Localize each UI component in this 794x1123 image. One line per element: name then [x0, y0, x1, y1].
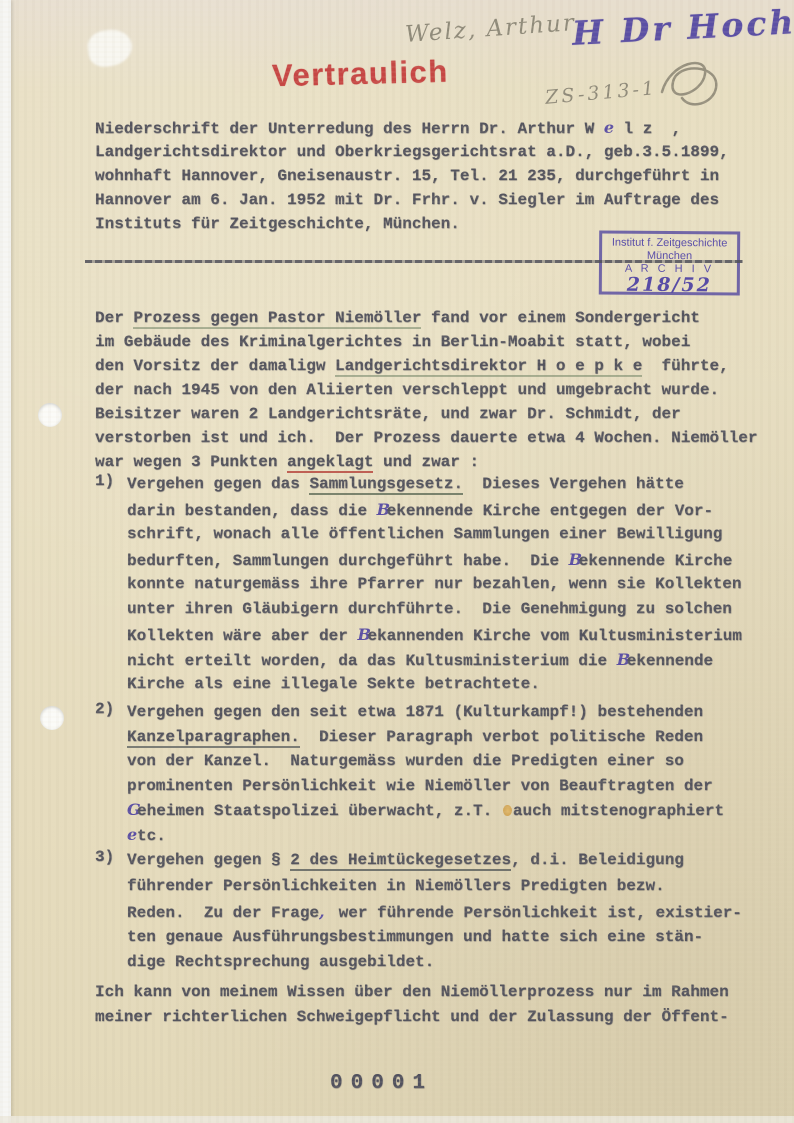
purple-correction-letter: B [569, 547, 579, 572]
typed-line: von der Kanzel. Naturgemäss wurden die P… [127, 749, 724, 774]
typed-line: Ich kann von meinem Wissen über den Niem… [95, 980, 729, 1005]
typed-line: der nach 1945 von den Aliierten verschle… [95, 378, 758, 402]
typed-line: Vergehen gegen § 2 des Heimtückegesetzes… [127, 848, 742, 874]
scan-edge-bottom [0, 1116, 794, 1123]
typed-line: prominenten Persönlichkeit wie Niemöller… [127, 774, 724, 799]
typed-line: Vergehen gegen das Sammlungsgesetz. Dies… [127, 472, 742, 497]
list-item-1: 1) Vergehen gegen das Sammlungsgesetz. D… [95, 472, 742, 697]
typed-line: Kirche als eine illegale Sekte betrachte… [127, 672, 742, 697]
typed-line: ten genaue Ausführungsbestimmungen und h… [127, 925, 742, 951]
paper-damage-spot [86, 27, 135, 69]
intro-paragraph: Niederschrift der Unterredung des Herrn … [95, 116, 729, 236]
underlined-phrase: Landgerichtsdirektor H o e p k e [335, 357, 642, 377]
purple-correction-letter: e [604, 116, 614, 140]
typed-line: Hannover am 6. Jan. 1952 mit Dr. Frhr. v… [95, 188, 729, 212]
handwritten-owner-name: Welz, Arthur [404, 10, 576, 48]
typed-line: nicht erteilt worden, da das Kultusminis… [127, 647, 742, 672]
typed-divider-line [85, 260, 743, 263]
punch-hole-bottom [40, 706, 64, 730]
underlined-phrase: Kanzelparagraphen. [127, 728, 300, 748]
typed-line: bedurften, Sammlungen durchgeführt habe.… [127, 547, 742, 572]
archive-stamp: Institut f. Zeitgeschichte München A R C… [599, 231, 740, 296]
orange-ink-blot [503, 805, 512, 816]
list-marker: 2) [95, 700, 114, 718]
typed-line: Kanzelparagraphen. Dieser Paragraph verb… [127, 725, 724, 750]
typed-line: Der Prozess gegen Pastor Niemöller fand … [95, 306, 758, 330]
list-marker: 1) [95, 472, 114, 490]
typed-line: Vergehen gegen den seit etwa 1871 (Kultu… [127, 700, 724, 725]
typed-line: etc. [127, 823, 724, 848]
typed-line: Reden. Zu der Frage, wer führende Persön… [127, 899, 742, 925]
typed-line: verstorben ist und ich. Der Prozess daue… [95, 426, 758, 450]
typed-line: Beisitzer waren 2 Landgerichtsräte, und … [95, 402, 758, 426]
typed-line: wohnhaft Hannover, Gneisenaustr. 15, Tel… [95, 164, 729, 188]
purple-correction-comma: , [319, 899, 329, 925]
typed-line: im Gebäude des Kriminalgerichtes in Berl… [95, 330, 758, 354]
pencil-monogram-flourish [648, 52, 743, 117]
typed-line: dige Rechtsprechung ausgebildet. [127, 950, 742, 976]
underlined-phrase: Sammlungsgesetz. [309, 475, 463, 495]
typed-line: Geheimen Staatspolizei überwacht, z.T. a… [127, 798, 724, 823]
main-paragraph: Der Prozess gegen Pastor Niemöller fand … [95, 306, 758, 474]
archive-stamp-line1: Institut f. Zeitgeschichte [602, 237, 737, 251]
purple-correction-letter: B [357, 622, 367, 647]
typed-line: Kollekten wäre aber der Bekannenden Kirc… [127, 622, 742, 647]
punch-hole-top [38, 403, 62, 427]
purple-correction-letter: G [127, 798, 137, 823]
typed-line: Landgerichtsdirektor und Oberkriegsgeric… [95, 140, 729, 164]
list-item-2: 2) Vergehen gegen den seit etwa 1871 (Ku… [95, 700, 724, 847]
red-underlined-word: angeklagt [287, 453, 373, 473]
purple-correction-letter: e [127, 823, 137, 848]
underlined-phrase: 2 des Heimtückegesetzes [290, 851, 511, 871]
list-item-3: 3) Vergehen gegen § 2 des Heimtückegeset… [95, 848, 742, 976]
typed-line: führender Persönlichkeiten in Niemöllers… [127, 874, 742, 900]
closing-paragraph: Ich kann von meinem Wissen über den Niem… [95, 980, 729, 1030]
handwritten-file-signature: ZS-313-1 [544, 77, 658, 109]
typed-line: meiner richterlichen Schweigepflicht und… [95, 1005, 729, 1030]
typed-line: war wegen 3 Punkten angeklagt und zwar : [95, 450, 758, 474]
list-marker: 3) [95, 848, 114, 866]
typed-line: schrift, wonach alle öffentlichen Sammlu… [127, 522, 742, 547]
page-number: 00001 [330, 1072, 433, 1095]
typed-line: unter ihren Gläubigern durchführte. Die … [127, 597, 742, 622]
scan-edge-left [0, 0, 11, 1123]
typed-line: Niederschrift der Unterredung des Herrn … [95, 116, 729, 140]
underlined-phrase: Prozess gegen Pastor Niemöller [133, 309, 421, 329]
purple-correction-letter: B [377, 497, 387, 522]
typed-line: darin bestanden, dass die Bekennende Kir… [127, 497, 742, 522]
confidential-stamp: Vertraulich [272, 54, 450, 95]
document-page: Welz, Arthur H Dr Hoch ZS-313-1 Vertraul… [0, 0, 794, 1123]
typed-line: den Vorsitz der damaligw Landgerichtsdir… [95, 354, 758, 378]
archive-stamp-number: 218/52 [602, 279, 737, 293]
purple-correction-letter: B [617, 647, 627, 672]
handwritten-reviewer-name: H Dr Hoch [571, 2, 794, 53]
typed-line: konnte naturgemäss ihre Pfarrer nur beza… [127, 572, 742, 597]
